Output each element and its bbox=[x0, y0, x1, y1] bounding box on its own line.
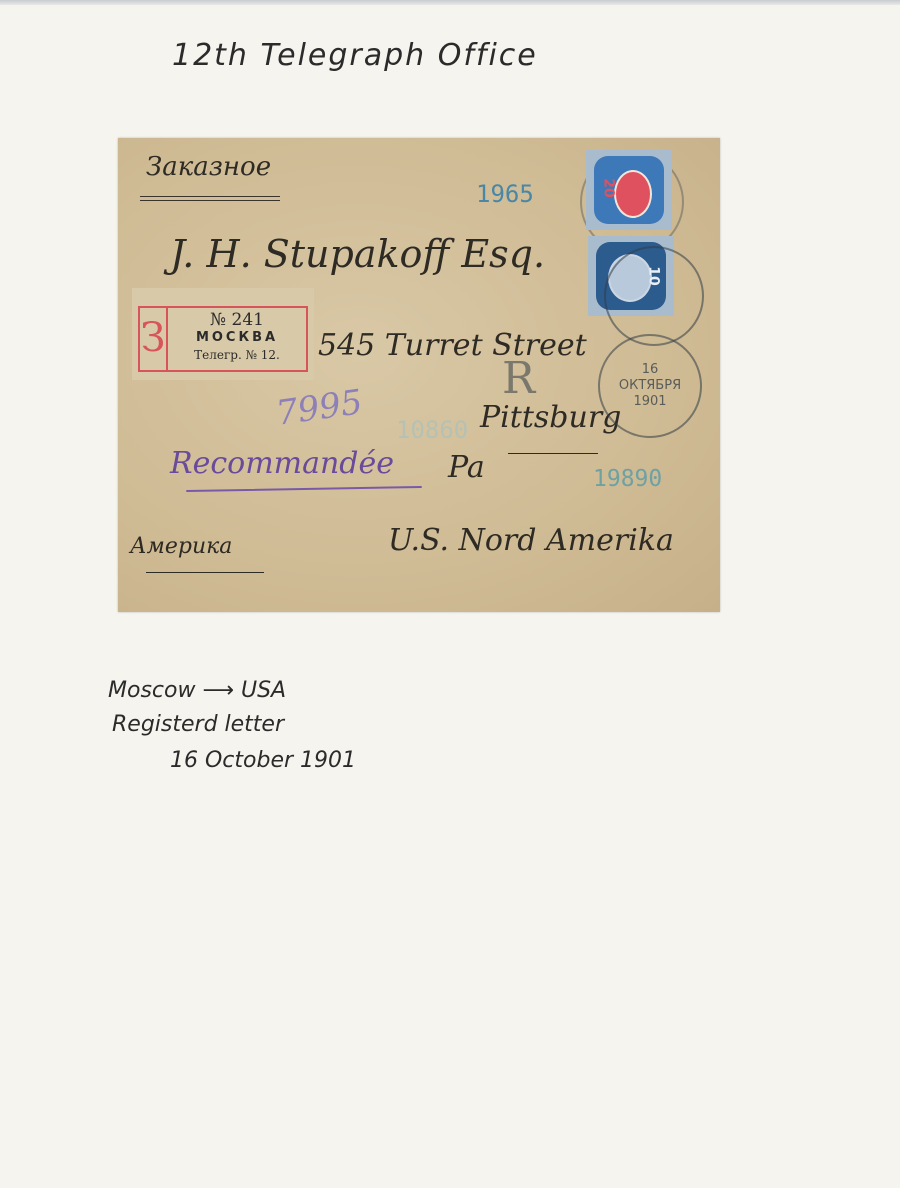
coat-of-arms-icon bbox=[614, 170, 652, 218]
postage-stamp-20-kopek: 20 bbox=[586, 150, 672, 230]
address-country: U.S. Nord Amerika bbox=[388, 523, 674, 558]
page-title: 12th Telegraph Office bbox=[172, 38, 538, 73]
registration-number: № 241 bbox=[168, 310, 306, 330]
postmark-day: 16 bbox=[642, 362, 659, 378]
postmark-circle-middle bbox=[604, 246, 704, 346]
recommandee-underline bbox=[186, 486, 422, 492]
handstamp-number-1965: 1965 bbox=[476, 180, 534, 208]
registration-letter: З bbox=[140, 308, 168, 370]
pencil-number: 7995 bbox=[274, 382, 365, 434]
address-state: Pa bbox=[448, 450, 485, 485]
postmark-date: 16 ОКТЯБРЯ 1901 bbox=[598, 334, 702, 438]
registration-label-frame: З № 241 МОСКВА Телегр. № 12. bbox=[138, 306, 308, 372]
registration-office: Телегр. № 12. bbox=[168, 346, 306, 364]
handstamp-number-faded: 10860 bbox=[396, 416, 468, 444]
addressee-name: J. H. Stupakoff Esq. bbox=[170, 232, 545, 276]
postmark-month: ОКТЯБРЯ bbox=[619, 378, 681, 394]
registration-city: МОСКВА bbox=[168, 330, 306, 346]
handstamp-number-19890: 19890 bbox=[593, 466, 662, 492]
address-city-underline bbox=[508, 453, 598, 454]
address-street: 545 Turret Street bbox=[318, 328, 587, 363]
note-type: Registerd letter bbox=[112, 712, 284, 737]
stamp-frame: 20 bbox=[594, 156, 664, 224]
note-route: Moscow ⟶ USA bbox=[108, 678, 286, 703]
country-note-ru: Америка bbox=[130, 534, 232, 559]
registration-info: № 241 МОСКВА Телегр. № 12. bbox=[168, 308, 306, 370]
page-top-edge bbox=[0, 0, 900, 5]
registered-note-ru: Заказное bbox=[146, 152, 271, 182]
registration-label: З № 241 МОСКВА Телегр. № 12. bbox=[132, 288, 314, 380]
recommandee-note: Recommandée bbox=[170, 446, 394, 481]
country-note-underline bbox=[146, 572, 264, 573]
registered-r-mark: R bbox=[502, 353, 535, 404]
note-date: 16 October 1901 bbox=[170, 748, 356, 773]
envelope-cover: Заказное 1965 10860 19890 J. H. Stupakof… bbox=[118, 138, 720, 612]
postmark-year: 1901 bbox=[633, 394, 666, 410]
registered-note-underline bbox=[140, 196, 280, 201]
address-city: Pittsburg bbox=[480, 400, 621, 435]
stamp-value: 20 bbox=[601, 178, 617, 197]
